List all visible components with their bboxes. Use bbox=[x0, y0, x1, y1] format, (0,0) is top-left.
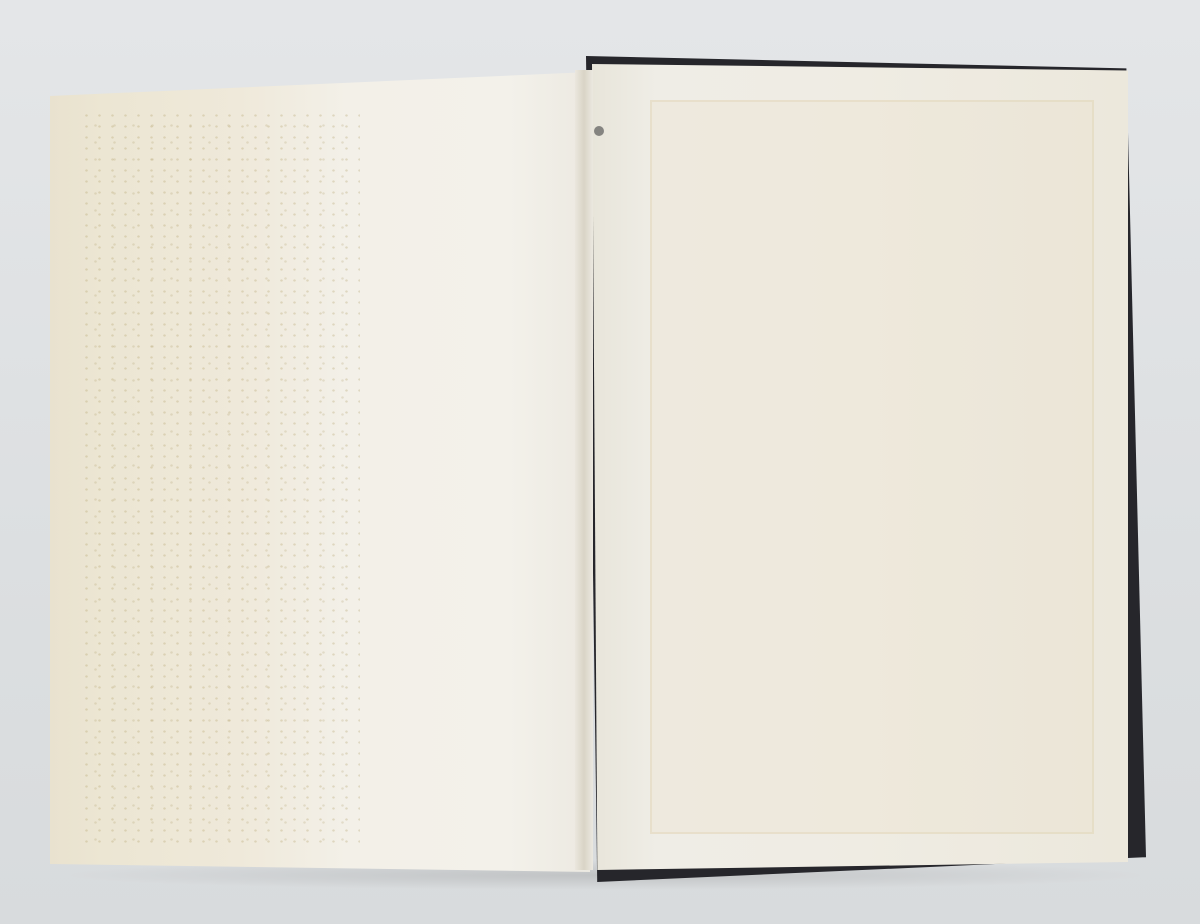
ink-spot bbox=[594, 126, 604, 136]
book-gutter bbox=[575, 70, 593, 870]
right-page-stain bbox=[650, 100, 1094, 834]
left-page-foxing bbox=[80, 110, 360, 850]
